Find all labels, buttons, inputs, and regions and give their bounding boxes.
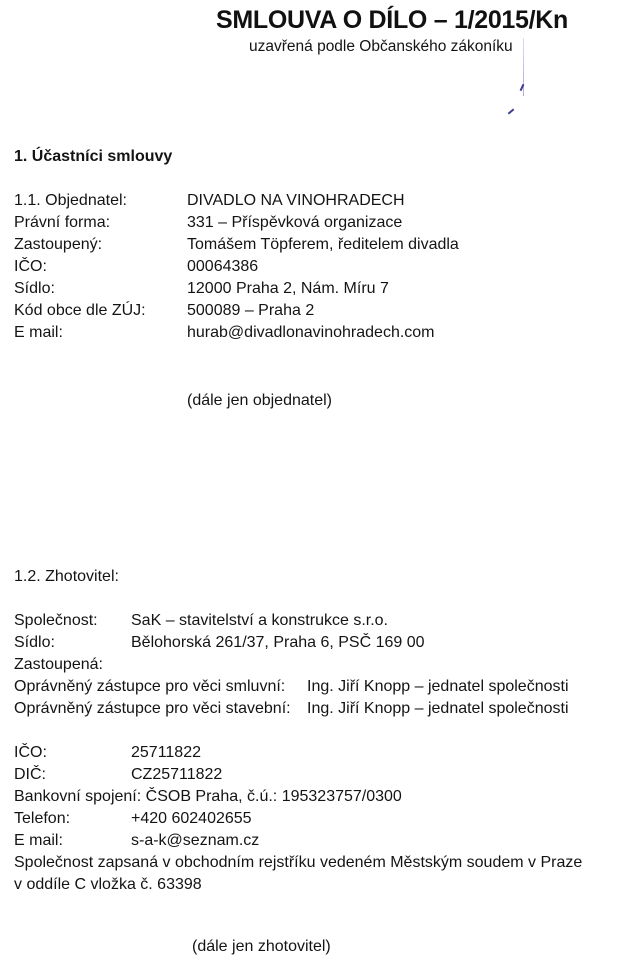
client-row-email: E mail: hurab@divadlonavinohradech.com [14,322,63,344]
contractor-row-ico: IČO: 25711822 [14,742,47,764]
contractor-bank: Bankovní spojení: ČSOB Praha, č.ú.: 1953… [14,786,402,808]
field-label: 1.1. Objednatel: [14,190,127,212]
field-label: Právní forma: [14,212,110,234]
client-row-represented: Zastoupený: Tomášem Töpferem, ředitelem … [14,234,102,256]
field-value: 500089 – Praha 2 [187,300,314,322]
section-heading: 1. Účastníci smlouvy [14,148,172,166]
field-value: 25711822 [131,742,201,764]
client-row-ico: IČO: 00064386 [14,256,47,278]
client-row-municipality-code: Kód obce dle ZÚJ: 500089 – Praha 2 [14,300,146,322]
field-label: Sídlo: [14,632,55,654]
field-value: Ing. Jiří Knopp – jednatel společnosti [307,676,569,698]
document-title: SMLOUVA O DÍLO – 1/2015/Kn [216,6,568,35]
field-value: SaK – stavitelství a konstrukce s.r.o. [131,610,388,632]
field-label: Sídlo: [14,278,55,300]
contractor-row-company: Společnost: SaK – stavitelství a konstru… [14,610,98,632]
field-label: Zastoupený: [14,234,102,256]
field-value: Bělohorská 261/37, Praha 6, PSČ 169 00 [131,632,425,654]
field-label: DIČ: [14,764,46,786]
client-row-address: Sídlo: 12000 Praha 2, Nám. Míru 7 [14,278,55,300]
contractor-rep-construction: Oprávněný zástupce pro věci stavební: In… [14,698,291,720]
field-label: Telefon: [14,808,70,830]
field-label: IČO: [14,742,47,764]
field-value: s-a-k@seznam.cz [131,830,259,852]
field-value: Ing. Jiří Knopp – jednatel společnosti [307,698,569,720]
field-label: E mail: [14,322,63,344]
contractor-row-email: E mail: s-a-k@seznam.cz [14,830,63,852]
contractor-row-address: Sídlo: Bělohorská 261/37, Praha 6, PSČ 1… [14,632,55,654]
margin-tick-mark [508,108,515,114]
field-label: Oprávněný zástupce pro věci smluvní: [14,678,285,695]
client-row-party: 1.1. Objednatel: DIVADLO NA VINOHRADECH [14,190,127,212]
contractor-represented-label: Zastoupená: [14,654,103,676]
document-subtitle: uzavřená podle Občanského zákoníku [249,38,513,56]
field-label: IČO: [14,256,47,278]
client-row-legal-form: Právní forma: 331 – Příspěvková organiza… [14,212,110,234]
contractor-registry-line: v oddíle C vložka č. 63398 [14,874,202,896]
contractor-heading: 1.2. Zhotovitel: [14,566,119,588]
contractor-registry-line: Společnost zapsaná v obchodním rejstříku… [14,852,582,874]
field-value: 12000 Praha 2, Nám. Míru 7 [187,278,389,300]
field-label: Oprávněný zástupce pro věci stavební: [14,700,291,717]
contractor-rep-contractual: Oprávněný zástupce pro věci smluvní: Ing… [14,676,285,698]
field-label: Kód obce dle ZÚJ: [14,300,146,322]
field-label: Společnost: [14,610,98,632]
contractor-row-phone: Telefon: +420 602402655 [14,808,70,830]
client-note: (dále jen objednatel) [187,392,332,410]
contractor-note: (dále jen zhotovitel) [192,938,331,956]
field-value: +420 602402655 [131,808,252,830]
field-label: E mail: [14,830,63,852]
contractor-row-dic: DIČ: CZ25711822 [14,764,46,786]
field-value: Tomášem Töpferem, ředitelem divadla [187,234,459,256]
field-value: CZ25711822 [131,764,222,786]
field-value: 331 – Příspěvková organizace [187,212,402,234]
field-value: 00064386 [187,256,258,278]
field-value: DIVADLO NA VINOHRADECH [187,190,405,212]
field-value: hurab@divadlonavinohradech.com [187,322,435,344]
